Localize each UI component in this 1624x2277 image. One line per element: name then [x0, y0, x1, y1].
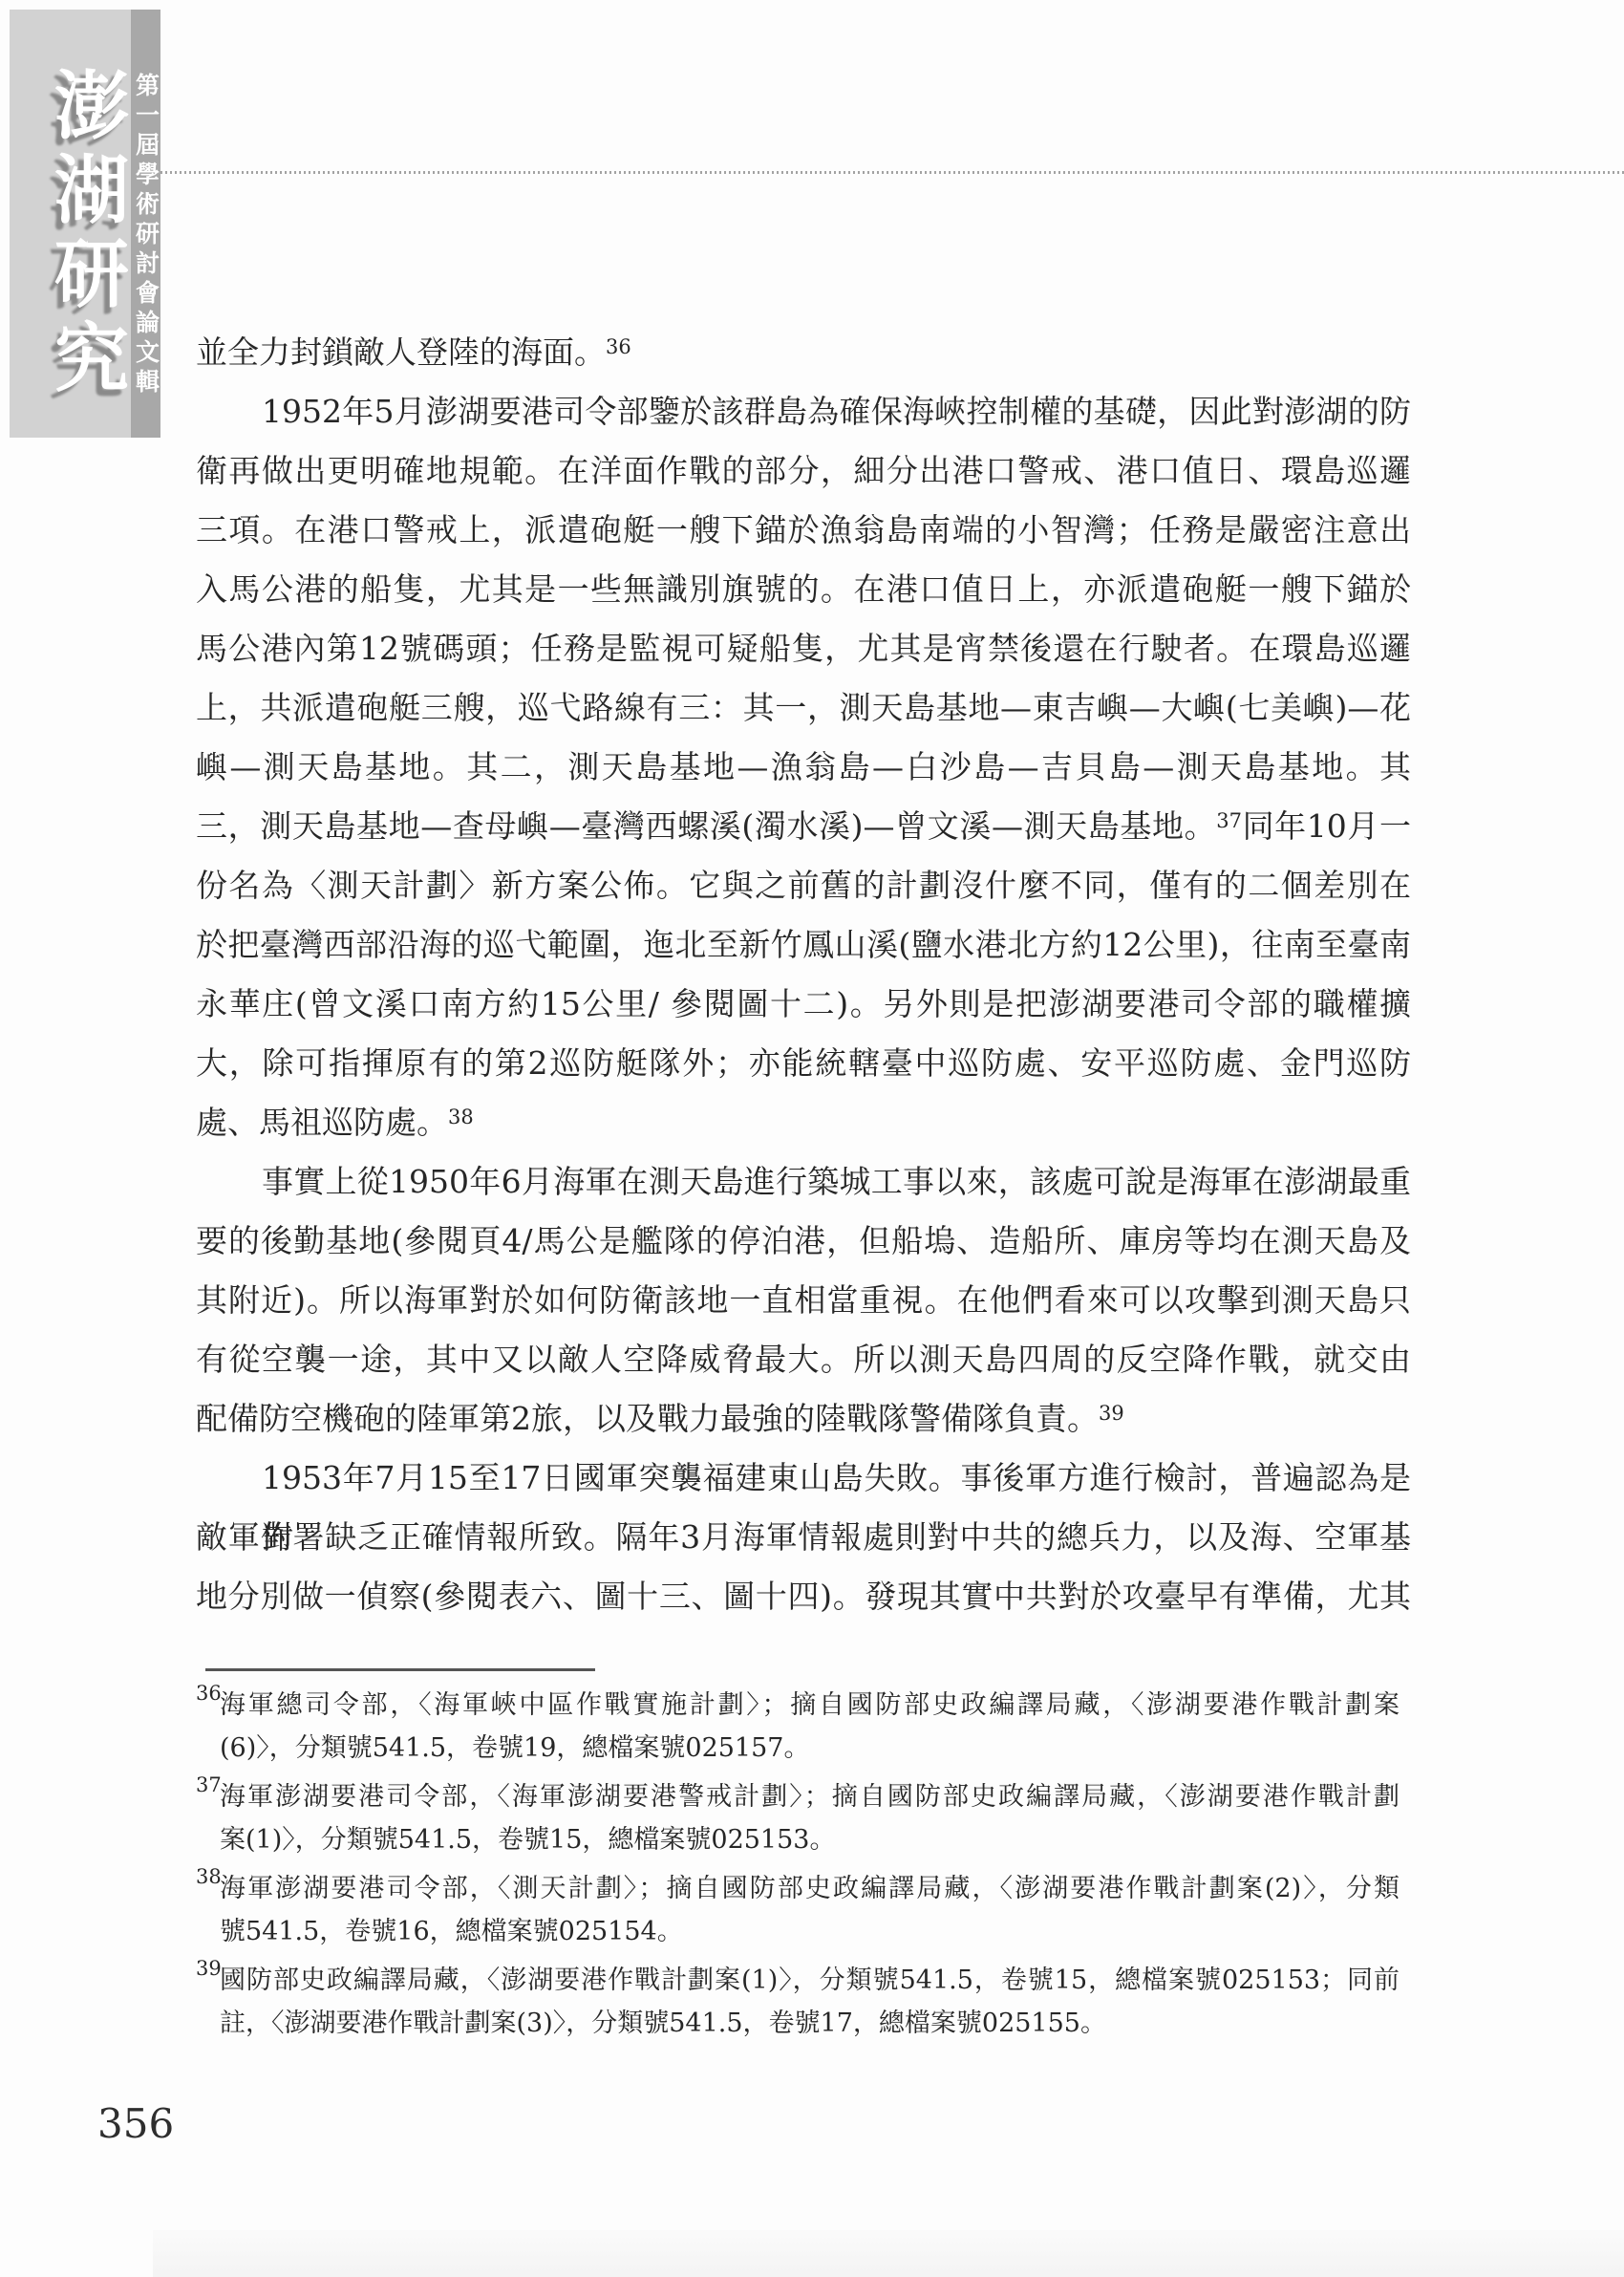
body-line: 有從空襲一途，其中又以敵人空降威脅最大。所以測天島四周的反空降作戰，就交由 — [196, 1330, 1411, 1389]
footnote-ref: 37 — [1216, 809, 1242, 832]
body-line: 大，除可指揮原有的第2巡防艇隊外；亦能統轄臺中巡防處、安平巡防處、金門巡防 — [196, 1034, 1411, 1093]
body-line: 馬公港內第12號碼頭；任務是監視可疑船隻，尤其是宵禁後還在行駛者。在環島巡邏 — [196, 619, 1411, 678]
body-line: 三項。在港口警戒上，派遣砲艇一艘下錨於漁翁島南端的小智灣；任務是嚴密注意出 — [196, 501, 1411, 560]
body-line: 敵軍佈署缺乏正確情報所致。隔年3月海軍情報處則對中共的總兵力，以及海、空軍基 — [196, 1508, 1411, 1567]
body-line: 事實上從1950年6月海軍在測天島進行築城工事以來，該處可說是海軍在澎湖最重 — [196, 1152, 1411, 1212]
series-title-box: 澎湖研究 — [10, 10, 131, 438]
body-line: 份名為〈測天計劃〉新方案公佈。它與之前舊的計劃沒什麼不同，僅有的二個差別在 — [196, 856, 1411, 915]
series-title-char: 澎 — [54, 65, 129, 149]
footnote-line: 海軍澎湖要港司令部，〈海軍澎湖要港警戒計劃〉；摘自國防部史政編譯局藏，〈澎湖要港… — [220, 1775, 1400, 1818]
header-dotted-rule — [160, 171, 1624, 174]
footnote: 37海軍澎湖要港司令部，〈海軍澎湖要港警戒計劃〉；摘自國防部史政編譯局藏，〈澎湖… — [196, 1775, 1400, 1861]
footnote-ref: 39 — [1099, 1402, 1124, 1425]
series-title-text: 澎湖研究 — [54, 65, 129, 401]
series-title-char: 究 — [54, 317, 129, 401]
page-bottom-scan-artifact — [153, 2230, 1624, 2277]
footnote: 39國防部史政編譯局藏，〈澎湖要港作戰計劃案(1)〉，分類號541.5，卷號15… — [196, 1959, 1400, 2045]
body-line: 衛再做出更明確地規範。在洋面作戰的部分，細分出港口警戒、港口值日、環島巡邏 — [196, 441, 1411, 501]
footnote-line: 案(1)〉，分類號541.5，卷號15，總檔案號025153。 — [220, 1818, 1400, 1861]
footnote-line: (6)〉，分類號541.5，卷號19，總檔案號025157。 — [220, 1727, 1400, 1770]
body-line: 配備防空機砲的陸軍第2旅，以及戰力最強的陸戰隊警備隊負責。39 — [196, 1389, 1411, 1449]
body-line: 三，測天島基地—查母嶼—臺灣西螺溪(濁水溪)—曾文溪—測天島基地。37同年10月… — [196, 797, 1411, 856]
series-title-char: 湖 — [54, 149, 129, 233]
body-line: 其附近)。所以海軍對於如何防衛該地一直相當重視。在他們看來可以攻擊到測天島只 — [196, 1271, 1411, 1330]
body-line: 地分別做一偵察(參閱表六、圖十三、圖十四)。發現其實中共對於攻臺早有準備，尤其 — [196, 1567, 1411, 1626]
footnote-line: 號541.5，卷號16，總檔案號025154。 — [220, 1910, 1400, 1953]
footnote-separator — [205, 1668, 595, 1671]
document-page: 澎湖研究 第一屆學術研討會論文輯 並全力封鎖敵人登陸的海面。361952年5月澎… — [0, 0, 1624, 2277]
body-line: 入馬公港的船隻，尤其是一些無識別旗號的。在港口值日上，亦派遣砲艇一艘下錨於 — [196, 560, 1411, 619]
body-line: 嶼—測天島基地。其二，測天島基地—漁翁島—白沙島—吉貝島—測天島基地。其 — [196, 738, 1411, 797]
footnote-number: 36 — [196, 1684, 222, 1704]
footnote-number: 39 — [196, 1959, 222, 1979]
body-line: 1953年7月15至17日國軍突襲福建東山島失敗。事後軍方進行檢討，普遍認為是對 — [196, 1449, 1411, 1508]
footnotes: 36海軍總司令部，〈海軍峽中區作戰實施計劃〉；摘自國防部史政編譯局藏，〈澎湖要港… — [196, 1684, 1400, 2051]
footnote-number: 37 — [196, 1775, 222, 1795]
footnote-line: 海軍總司令部，〈海軍峽中區作戰實施計劃〉；摘自國防部史政編譯局藏，〈澎湖要港作戰… — [220, 1684, 1400, 1727]
body-line: 並全力封鎖敵人登陸的海面。36 — [196, 323, 1411, 382]
series-title-char: 研 — [54, 233, 129, 317]
footnote: 36海軍總司令部，〈海軍峽中區作戰實施計劃〉；摘自國防部史政編譯局藏，〈澎湖要港… — [196, 1684, 1400, 1770]
series-subtitle-strip: 第一屆學術研討會論文輯 — [131, 10, 160, 438]
body-line: 要的後勤基地(參閱頁4/馬公是艦隊的停泊港，但船塢、造船所、庫房等均在測天島及 — [196, 1212, 1411, 1271]
footnote-line: 國防部史政編譯局藏，〈澎湖要港作戰計劃案(1)〉，分類號541.5，卷號15，總… — [220, 1959, 1400, 2002]
footnote-number: 38 — [196, 1867, 222, 1887]
body-line: 於把臺灣西部沿海的巡弋範圍，迤北至新竹鳳山溪(鹽水港北方約12公里)，往南至臺南 — [196, 915, 1411, 975]
body-line: 1952年5月澎湖要港司令部鑒於該群島為確保海峽控制權的基礎，因此對澎湖的防 — [196, 382, 1411, 441]
body-text: 並全力封鎖敵人登陸的海面。361952年5月澎湖要港司令部鑒於該群島為確保海峽控… — [196, 323, 1411, 1626]
footnote-line: 海軍澎湖要港司令部，〈測天計劃〉；摘自國防部史政編譯局藏，〈澎湖要港作戰計劃案(… — [220, 1867, 1400, 1910]
body-line: 處、馬祖巡防處。38 — [196, 1093, 1411, 1152]
page-number: 356 — [97, 2100, 174, 2147]
body-line: 上，共派遣砲艇三艘，巡弋路線有三：其一，測天島基地—東吉嶼—大嶼(七美嶼)—花 — [196, 678, 1411, 738]
footnote-ref: 38 — [448, 1106, 474, 1128]
body-line: 永華庄(曾文溪口南方約15公里/ 參閱圖十二)。另外則是把澎湖要港司令部的職權擴 — [196, 975, 1411, 1034]
footnote: 38海軍澎湖要港司令部，〈測天計劃〉；摘自國防部史政編譯局藏，〈澎湖要港作戰計劃… — [196, 1867, 1400, 1953]
series-subtitle: 第一屆學術研討會論文輯 — [129, 73, 163, 398]
footnote-line: 註，〈澎湖要港作戰計劃案(3)〉，分類號541.5，卷號17，總檔案號02515… — [220, 2002, 1400, 2045]
footnote-ref: 36 — [606, 335, 631, 358]
